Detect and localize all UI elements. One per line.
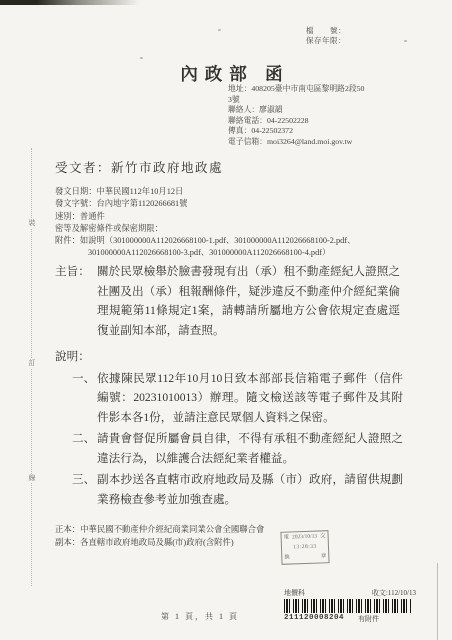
subject-text: 關於民眾檢舉於臉書發現有出（承）租不動產經紀人證照之社團及出（承）租報酬條件，疑…	[97, 265, 400, 337]
binding-mark-xian: 線	[26, 474, 38, 483]
delivery-speed: 速別：普通件	[55, 211, 425, 223]
filing-info: 檔 號： 保存年限：	[306, 26, 346, 45]
binding-mark-ding: 訂	[26, 359, 38, 368]
issue-date: 發文日期：中華民國112年10月12日	[55, 186, 425, 198]
description-item-2: 二、 請貴會督促所屬會員自律，不得有承租不動產經紀人證照之違法行為，以維護合法經…	[72, 429, 403, 468]
scan-speck	[140, 57, 143, 59]
item-2-text: 請貴會督促所屬會員自律，不得有承租不動產經紀人證照之違法行為，以維護合法經紀業者…	[97, 432, 403, 465]
stamp-char-dian: 電	[284, 535, 290, 542]
receipt-header: 地價科 收文:112/10/13	[284, 588, 416, 598]
security-classification: 密等及解密條件或保密期限：	[55, 223, 425, 235]
item-3-number: 三、	[72, 470, 95, 490]
stamp-row-bottom: 換 章	[284, 553, 326, 561]
receipt-block: 地價科 收文:112/10/13 211120008204 有附件	[284, 588, 416, 624]
stamp-date: 2023/10/13	[292, 534, 317, 542]
stamp-row-top: 電 2023/10/13 交	[284, 534, 326, 542]
receipt-footer: 211120008204 有附件	[284, 614, 416, 624]
barcode	[284, 599, 412, 613]
retention-period-label: 保存年限：	[306, 36, 346, 46]
scan-speck	[218, 29, 221, 31]
description-item-1: 一、 依據陳民眾112年10月10日致本部部長信箱電子郵件（信件編號：20231…	[72, 369, 403, 428]
description-item-3: 三、 副本抄送各直轄市政府地政局及縣（市）政府，請留供規劃業務檢查參考並加強查處…	[72, 470, 403, 509]
file-number-label: 檔 號：	[306, 26, 346, 36]
sender-fax: 傳真：04-22502372	[228, 126, 366, 137]
issue-number: 發文字號：台內地字第1120266681號	[55, 198, 425, 210]
attachment-list-line2: 301000000A112026668100-3.pdf、301000000A1…	[88, 247, 425, 259]
stamp-time: 13:28:33	[284, 543, 326, 551]
binding-mark-zhuang: 裝	[26, 219, 38, 228]
attachment-list-line1: 附件：如說明（301000000A112026668100-1.pdf、3010…	[55, 235, 425, 247]
document-meta: 發文日期：中華民國112年10月12日 發文字號：台內地字第1120266681…	[55, 186, 425, 260]
sender-info: 地址：408205臺中市南屯區黎明路2段503號 聯絡人：廖淑韻 聯絡電話：04…	[228, 84, 366, 148]
scan-speck	[404, 40, 407, 42]
description-label: 說明：	[55, 347, 423, 367]
item-1-number: 一、	[72, 369, 95, 389]
item-3-text: 副本抄送各直轄市政府地政局及縣（市）政府，請留供規劃業務檢查參考並加強查處。	[97, 473, 403, 506]
sender-phone: 聯絡電話：04-22502228	[228, 116, 366, 127]
receipt-dept: 地價科	[284, 588, 305, 598]
document-body: 主旨： 關於民眾檢舉於臉書發現有出（承）租不動產經紀人證照之社團及出（承）租報酬…	[55, 262, 423, 509]
recipient-line: 受文者：新竹市政府地政處	[55, 158, 223, 176]
stamp-char-jiao: 交	[320, 534, 326, 541]
subject-paragraph: 主旨： 關於民眾檢舉於臉書發現有出（承）租不動產經紀人證照之社團及出（承）租報酬…	[55, 262, 400, 340]
receipt-date: 收文:112/10/13	[372, 588, 416, 598]
stamp-char-zhang: 章	[321, 553, 327, 560]
cc-recipient: 副本：各直轄市政府地政局及縣(市)政府(含附件)	[55, 537, 395, 550]
scan-artifact-top	[0, 0, 140, 5]
document-title: 內政部 函	[0, 61, 452, 86]
scan-artifact-right-line	[437, 563, 438, 640]
stamp-char-huan: 換	[284, 554, 290, 561]
item-1-text: 依據陳民眾112年10月10日致本部部長信箱電子郵件（信件編號：20231010…	[97, 372, 403, 424]
item-2-number: 二、	[72, 429, 95, 449]
document-page: 裝 訂 線 檔 號： 保存年限： 內政部 函 地址：408205臺中市南屯區黎明…	[0, 0, 452, 640]
barcode-number: 211120008204	[284, 614, 344, 624]
sender-address: 地址：408205臺中市南屯區黎明路2段503號	[228, 84, 366, 105]
copies-block: 正本：中華民國不動產仲介經紀商業同業公會全國聯合會 副本：各直轄市政府地政局及縣…	[55, 524, 395, 549]
sender-email: 電子信箱：moi3264@land.moi.gov.tw	[228, 137, 366, 148]
sender-contact-person: 聯絡人：廖淑韻	[228, 105, 366, 116]
electronic-exchange-stamp: 電 2023/10/13 交 13:28:33 換 章	[280, 530, 329, 565]
subject-label: 主旨：	[55, 262, 90, 282]
attachment-note: 有附件	[358, 614, 379, 624]
original-recipient: 正本：中華民國不動產仲介經紀商業同業公會全國聯合會	[55, 524, 395, 537]
